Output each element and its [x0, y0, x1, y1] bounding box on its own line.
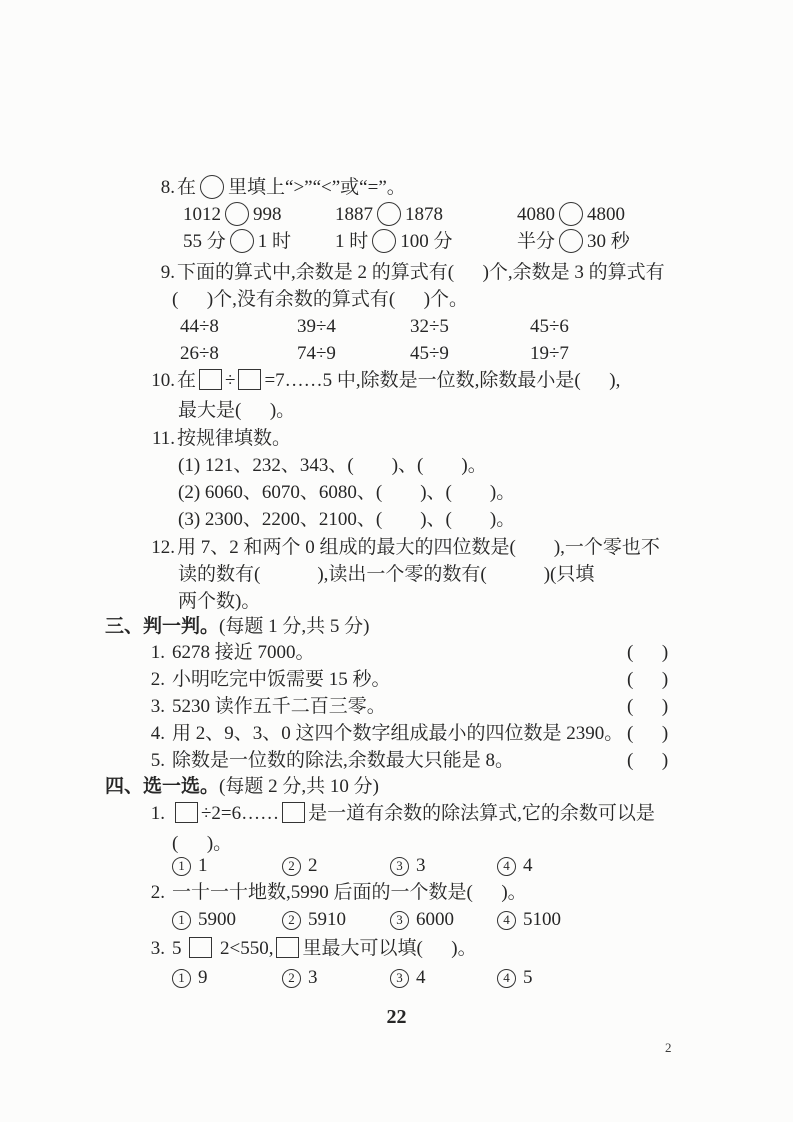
option-value: 4 — [416, 967, 426, 988]
item-number: 3. — [105, 694, 165, 719]
comparison-cell: 55 分1 时 — [183, 229, 291, 254]
choice-option: 45 — [497, 965, 533, 990]
comparison-cell: 半分30 秒 — [517, 229, 630, 254]
question-9-line-2: ( )个,没有余数的算式有( )个。 — [105, 287, 705, 312]
division-expression: 74÷9 — [297, 341, 336, 366]
question-10-line-1: 10. 在÷=7……5 中,除数是一位数,除数最小是( ), — [105, 368, 705, 393]
comparison-cell: 18871878 — [335, 202, 443, 227]
choice-option: 25910 — [282, 907, 346, 932]
page-number: 22 — [0, 1006, 793, 1029]
division-expression: 39÷4 — [297, 314, 336, 339]
question-text: 用 7、2 和两个 0 组成的最大的四位数是( ),一个零也不 — [177, 535, 705, 560]
text-run: 998 — [253, 204, 282, 225]
comparison-cell: 40804800 — [517, 202, 625, 227]
answer-blank-parens: ( ) — [627, 694, 668, 719]
answer-circle — [372, 229, 396, 253]
answer-box — [238, 369, 261, 390]
question-10-line-2: 最大是( )。 — [105, 398, 705, 423]
worksheet-page: 8. 在里填上“>”“<”或“=”。 1012998 18871878 4080… — [0, 0, 793, 1122]
text-run: 1 时 — [335, 231, 368, 252]
answer-blank-parens: ( ) — [627, 667, 668, 692]
text-run: 1878 — [405, 204, 443, 225]
item-number: 2. — [105, 667, 165, 692]
text-run: 100 分 — [400, 231, 452, 252]
judge-statement: 用 2、9、3、0 这四个数字组成最小的四位数是 2390。 — [172, 721, 623, 746]
answer-blank-parens: ( ) — [627, 640, 668, 665]
division-expression: 19÷7 — [530, 341, 569, 366]
sequence-text: (1) 121、232、343、( )、( )。 — [178, 453, 705, 478]
answer-circle — [225, 202, 249, 226]
option-value: 9 — [198, 967, 208, 988]
text-run: ÷2=6…… — [201, 803, 279, 824]
text-run: 是一道有余数的除法算式,它的余数可以是 — [308, 803, 655, 824]
judge-statement: 小明吃完中饭需要 15 秒。 — [172, 667, 391, 692]
choice-option: 33 — [390, 853, 426, 878]
choice-question-text: 5 2<550,里最大可以填( )。 — [172, 936, 477, 961]
circled-number-icon: 3 — [390, 969, 409, 988]
text-run: 55 分 — [183, 231, 226, 252]
question-text: 读的数有( ),读出一个零的数有( )(只填 — [178, 562, 705, 587]
circled-number-icon: 4 — [497, 969, 516, 988]
sequence-text: (3) 2300、2200、2100、( )、( )。 — [178, 507, 705, 532]
text-run: 1012 — [183, 204, 221, 225]
circled-number-icon: 1 — [172, 857, 191, 876]
option-value: 5100 — [523, 909, 561, 930]
text-run: 在 — [177, 370, 196, 391]
division-expression: 44÷8 — [180, 314, 219, 339]
text-run: 4800 — [587, 204, 625, 225]
item-number: 4. — [105, 721, 165, 746]
corner-page-number: 2 — [665, 1040, 672, 1056]
question-11-subitem: (1) 121、232、343、( )、( )。 — [105, 453, 705, 478]
division-expression: 26÷8 — [180, 341, 219, 366]
choice-option: 15900 — [172, 907, 236, 932]
division-expression: 45÷6 — [530, 314, 569, 339]
section-heading-title: 三、判一判。 — [105, 616, 219, 637]
section-heading-note: (每题 1 分,共 5 分) — [219, 616, 369, 637]
answer-box — [189, 937, 212, 958]
text-run: ÷ — [225, 370, 235, 391]
choice-option: 22 — [282, 853, 318, 878]
division-expression: 45÷9 — [410, 341, 449, 366]
answer-circle — [377, 202, 401, 226]
answer-box — [175, 802, 198, 823]
question-text: 最大是( )。 — [178, 398, 705, 423]
answer-circle — [559, 202, 583, 226]
answer-box — [276, 937, 299, 958]
option-value: 3 — [308, 967, 318, 988]
answer-circle — [230, 229, 254, 253]
text-run: 1887 — [335, 204, 373, 225]
circled-number-icon: 4 — [497, 857, 516, 876]
option-value: 5 — [523, 967, 533, 988]
judge-statement: 除数是一位数的除法,余数最大只能是 8。 — [172, 748, 514, 773]
option-value: 1 — [198, 855, 208, 876]
choice-option: 45100 — [497, 907, 561, 932]
option-value: 2 — [308, 855, 318, 876]
choice-option: 36000 — [390, 907, 454, 932]
option-value: 4 — [523, 855, 533, 876]
choice-question-text: ( )。 — [172, 831, 705, 856]
circled-number-icon: 4 — [497, 911, 516, 930]
text-run: =7……5 中,除数是一位数,除数最小是( ), — [264, 370, 620, 391]
division-expression: 32÷5 — [410, 314, 449, 339]
question-number: 12. — [105, 535, 175, 560]
option-value: 5900 — [198, 909, 236, 930]
question-8-prompt-row: 8. 在里填上“>”“<”或“=”。 — [105, 175, 705, 200]
question-12-line-2: 读的数有( ),读出一个零的数有( )(只填 — [105, 562, 705, 587]
judge-statement: 5230 读作五千二百三零。 — [172, 694, 386, 719]
circled-number-icon: 1 — [172, 911, 191, 930]
question-text: ( )个,没有余数的算式有( )个。 — [172, 287, 705, 312]
question-9-line-1: 9. 下面的算式中,余数是 2 的算式有( )个,余数是 3 的算式有 — [105, 260, 705, 285]
question-11-subitem: (3) 2300、2200、2100、( )、( )。 — [105, 507, 705, 532]
choice-question-text: 一十一十地数,5990 后面的一个数是( )。 — [172, 880, 527, 905]
section-heading: 三、判一判。(每题 1 分,共 5 分) — [105, 614, 705, 639]
text-run: 里填上“>”“<”或“=”。 — [228, 177, 406, 198]
answer-box — [199, 369, 222, 390]
text-run: 5 — [172, 938, 186, 959]
circled-number-icon: 2 — [282, 969, 301, 988]
answer-box — [282, 802, 305, 823]
circled-number-icon: 2 — [282, 911, 301, 930]
text-run: 2<550, — [215, 938, 273, 959]
choice-option: 34 — [390, 965, 426, 990]
item-number: 5. — [105, 748, 165, 773]
choice-option: 44 — [497, 853, 533, 878]
answer-circle — [559, 229, 583, 253]
question-12-line-3: 两个数)。 — [105, 589, 705, 614]
question-11-subitem: (2) 6060、6070、6080、( )、( )。 — [105, 480, 705, 505]
circled-number-icon: 3 — [390, 857, 409, 876]
text-run: 1 时 — [258, 231, 291, 252]
item-number: 2. — [105, 880, 165, 905]
circled-number-icon: 3 — [390, 911, 409, 930]
question-number: 11. — [105, 426, 175, 451]
answer-blank-parens: ( ) — [627, 721, 668, 746]
item-number: 3. — [105, 936, 165, 961]
question-number: 8. — [105, 175, 175, 200]
text-run: 30 秒 — [587, 231, 630, 252]
choice-option: 19 — [172, 965, 208, 990]
answer-blank-parens: ( ) — [627, 748, 668, 773]
text-run: 在 — [177, 177, 196, 198]
circled-number-icon: 2 — [282, 857, 301, 876]
circled-number-icon: 1 — [172, 969, 191, 988]
question-text: 在÷=7……5 中,除数是一位数,除数最小是( ), — [177, 368, 705, 393]
question-12-line-1: 12. 用 7、2 和两个 0 组成的最大的四位数是( ),一个零也不 — [105, 535, 705, 560]
question-text: 两个数)。 — [178, 589, 705, 614]
text-run: 里最大可以填( )。 — [302, 938, 476, 959]
section-heading-note: (每题 2 分,共 10 分) — [219, 776, 379, 797]
choice-question-text: ÷2=6……是一道有余数的除法算式,它的余数可以是 — [172, 801, 655, 826]
option-value: 6000 — [416, 909, 454, 930]
question-number: 10. — [105, 368, 175, 393]
question-text: 在里填上“>”“<”或“=”。 — [177, 175, 705, 200]
section-heading: 四、选一选。(每题 2 分,共 10 分) — [105, 774, 705, 799]
choice-option: 11 — [172, 853, 208, 878]
question-number: 9. — [105, 260, 175, 285]
comparison-cell: 1 时100 分 — [335, 229, 453, 254]
question-text: 下面的算式中,余数是 2 的算式有( )个,余数是 3 的算式有 — [177, 260, 705, 285]
item-number: 1. — [105, 801, 165, 826]
section-heading-title: 四、选一选。 — [105, 776, 219, 797]
sequence-text: (2) 6060、6070、6080、( )、( )。 — [178, 480, 705, 505]
text-run: 半分 — [517, 231, 555, 252]
option-value: 5910 — [308, 909, 346, 930]
option-value: 3 — [416, 855, 426, 876]
item-number: 1. — [105, 640, 165, 665]
answer-circle — [200, 175, 224, 199]
question-11-title: 11. 按规律填数。 — [105, 426, 705, 451]
question-text: 按规律填数。 — [177, 426, 705, 451]
text-run: 4080 — [517, 204, 555, 225]
choice-option: 23 — [282, 965, 318, 990]
comparison-cell: 1012998 — [183, 202, 282, 227]
judge-statement: 6278 接近 7000。 — [172, 640, 315, 665]
